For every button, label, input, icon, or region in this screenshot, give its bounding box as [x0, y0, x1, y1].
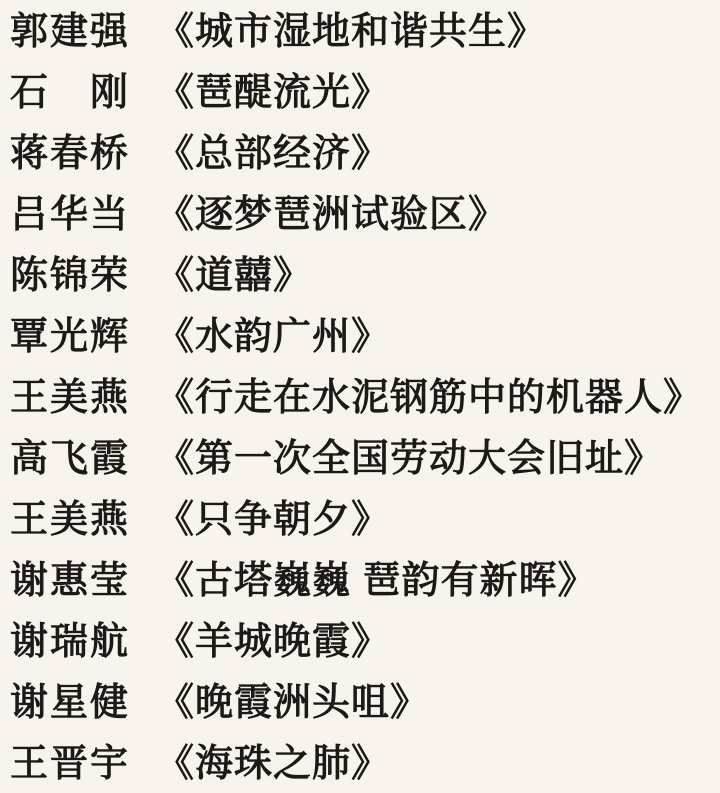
work-title: 《水韵广州》 — [156, 318, 390, 356]
author-name: 谢瑞航 — [10, 623, 130, 661]
author-name: 王美燕 — [10, 379, 130, 417]
work-title: 《逐梦琶洲试验区》 — [156, 196, 507, 234]
work-title: 《第一次全国劳动大会旧址》 — [156, 440, 663, 478]
list-item: 高飞霞 《第一次全国劳动大会旧址》 — [10, 428, 720, 489]
list-item: 王美燕 《只争朝夕》 — [10, 489, 720, 550]
author-name: 蒋春桥 — [10, 135, 130, 173]
list-item: 蒋春桥 《总部经济》 — [10, 123, 720, 184]
work-title: 《城市湿地和谐共生》 — [156, 13, 546, 51]
list-item: 郭建强 《城市湿地和谐共生》 — [10, 1, 720, 62]
author-name: 王美燕 — [10, 501, 130, 539]
work-title: 《道囍》 — [156, 257, 312, 295]
author-name: 谢惠莹 — [10, 562, 130, 600]
author-name: 高飞霞 — [10, 440, 130, 478]
list-item: 王晋宇 《海珠之肺》 — [10, 733, 720, 793]
list-item: 王美燕 《行走在水泥钢筋中的机器人》 — [10, 367, 720, 428]
list-item: 谢星健 《晚霞洲头咀》 — [10, 672, 720, 733]
author-name: 石 刚 — [10, 74, 130, 112]
author-name: 郭建强 — [10, 13, 130, 51]
work-title: 《晚霞洲头咀》 — [156, 684, 429, 722]
author-name: 覃光辉 — [10, 318, 130, 356]
list-item: 石 刚 《琶醍流光》 — [10, 62, 720, 123]
work-title: 《海珠之肺》 — [156, 745, 390, 783]
work-title: 《琶醍流光》 — [156, 74, 390, 112]
entry-list: 郭建强 《城市湿地和谐共生》 石 刚 《琶醍流光》 蒋春桥 《总部经济》 吕华当… — [10, 1, 720, 793]
list-item: 陈锦荣 《道囍》 — [10, 245, 720, 306]
work-title: 《古塔巍巍 琶韵有新晖》 — [156, 562, 597, 600]
author-name: 谢星健 — [10, 684, 130, 722]
author-name: 吕华当 — [10, 196, 130, 234]
list-item: 谢瑞航 《羊城晚霞》 — [10, 611, 720, 672]
work-title: 《只争朝夕》 — [156, 501, 390, 539]
author-name: 陈锦荣 — [10, 257, 130, 295]
awards-page: 郭建强 《城市湿地和谐共生》 石 刚 《琶醍流光》 蒋春桥 《总部经济》 吕华当… — [0, 0, 720, 793]
author-name: 王晋宇 — [10, 745, 130, 783]
work-title: 《总部经济》 — [156, 135, 390, 173]
list-item: 吕华当 《逐梦琶洲试验区》 — [10, 184, 720, 245]
list-item: 谢惠莹 《古塔巍巍 琶韵有新晖》 — [10, 550, 720, 611]
list-item: 覃光辉 《水韵广州》 — [10, 306, 720, 367]
work-title: 《行走在水泥钢筋中的机器人》 — [156, 379, 702, 417]
work-title: 《羊城晚霞》 — [156, 623, 390, 661]
